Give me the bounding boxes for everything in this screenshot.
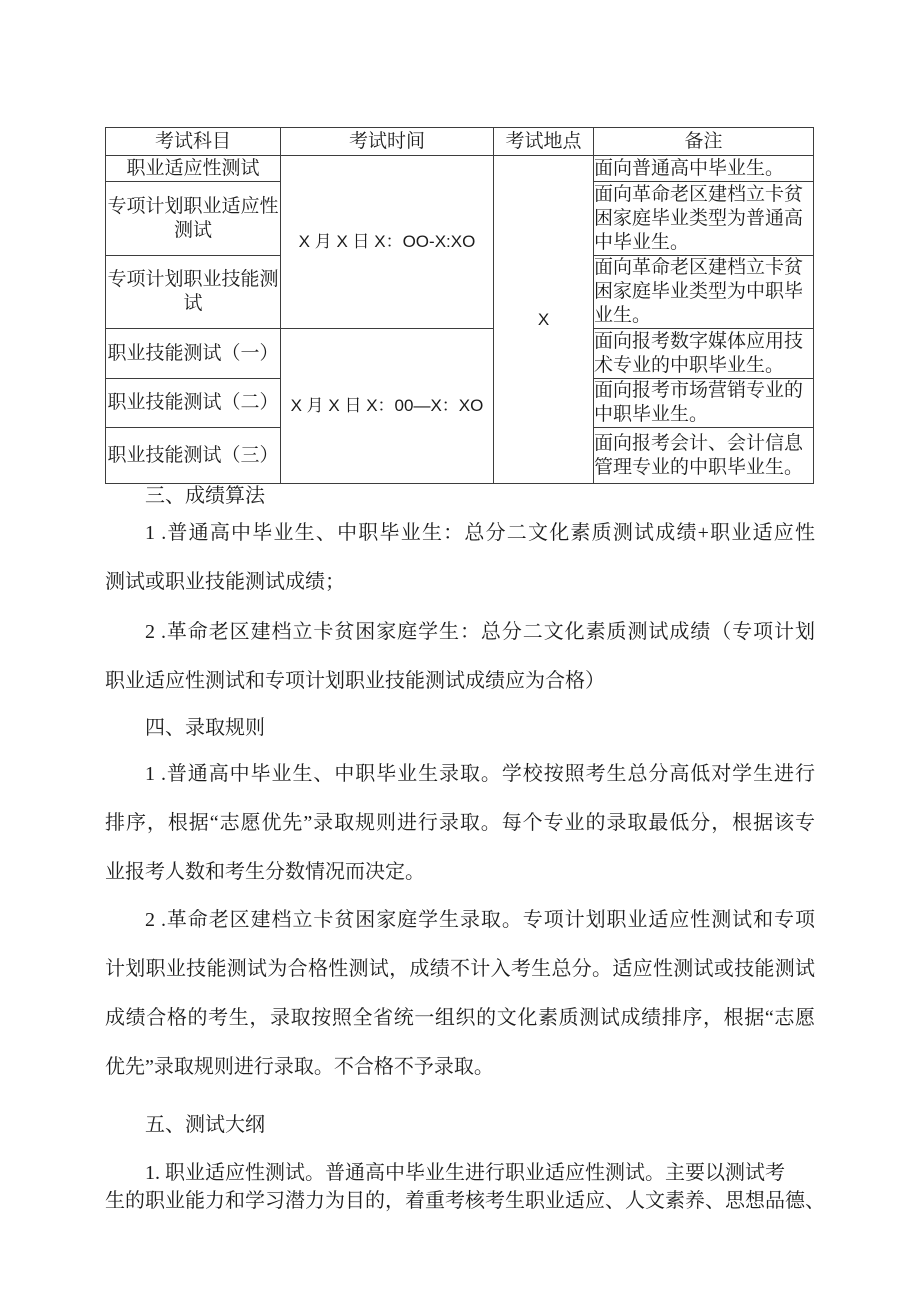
header-exam-time: 考试时间 xyxy=(281,128,494,156)
remark-cell: 面向普通高中毕业生。 xyxy=(594,156,814,182)
paragraph: 1 .普通高中毕业生、中职毕业生：总分二文化素质测试成绩+职业适应性 测试或职业… xyxy=(105,509,815,607)
time-cell-group2: X 月 X 日 X：00—X：XO xyxy=(281,329,494,484)
section-heading-test-outline: 五、测试大纲 xyxy=(105,1101,815,1150)
text-line: 成绩合格的考生，录取按照全省统一组织的文化素质测试成绩排序，根据“志愿 xyxy=(105,994,815,1043)
subject-cell: 专项计划职业适应性测试 xyxy=(106,182,281,256)
subject-cell: 专项计划职业技能测试 xyxy=(106,256,281,329)
subject-cell: 职业技能测试（二） xyxy=(106,379,281,428)
paragraph: 1. 职业适应性测试。普通高中毕业生进行职业适应性测试。主要以测试考 生的职业能… xyxy=(105,1159,855,1215)
text-line: 1. 职业适应性测试。普通高中毕业生进行职业适应性测试。主要以测试考 xyxy=(105,1159,855,1187)
text-line: 生的职业能力和学习潜力为目的，着重考核考生职业适应、人文素养、思想品德、 xyxy=(105,1187,855,1215)
text-line: 测试或职业技能测试成绩； xyxy=(105,558,815,607)
remark-cell: 面向革命老区建档立卡贫困家庭毕业类型为中职毕业生。 xyxy=(594,256,814,329)
location-cell: X xyxy=(494,156,594,484)
text-line: 职业适应性测试和专项计划职业技能测试成绩应为合格） xyxy=(105,657,815,706)
text-line: 1 .普通高中毕业生、中职毕业生：总分二文化素质测试成绩+职业适应性 xyxy=(105,509,815,558)
table-row: 职业适应性测试 X 月 X 日 X：OO-X:XO X 面向普通高中毕业生。 xyxy=(106,156,814,182)
paragraph: 1 .普通高中毕业生、中职毕业生录取。学校按照考生总分高低对学生进行 排序，根据… xyxy=(105,750,815,897)
document-page: 考试科目 考试时间 考试地点 备注 职业适应性测试 X 月 X 日 X：OO-X… xyxy=(0,0,920,1301)
text-line: 2 .革命老区建档立卡贫困家庭学生：总分二文化素质测试成绩（专项计划 xyxy=(105,608,815,657)
remark-cell: 面向革命老区建档立卡贫困家庭毕业类型为普通高中毕业生。 xyxy=(594,182,814,256)
table-row: 职业技能测试（一） X 月 X 日 X：00—X：XO 面向报考数字媒体应用技术… xyxy=(106,329,814,379)
paragraph: 2 .革命老区建档立卡贫困家庭学生：总分二文化素质测试成绩（专项计划 职业适应性… xyxy=(105,608,815,706)
text-line: 计划职业技能测试为合格性测试，成绩不计入考生总分。适应性测试或技能测试 xyxy=(105,945,815,994)
subject-cell: 职业适应性测试 xyxy=(106,156,281,182)
header-exam-location: 考试地点 xyxy=(494,128,594,156)
time-cell-group1: X 月 X 日 X：OO-X:XO xyxy=(281,156,494,329)
text-line: 优先”录取规则进行录取。不合格不予录取。 xyxy=(105,1043,815,1092)
text-line: 排序，根据“志愿优先”录取规则进行录取。每个专业的录取最低分，根据该专 xyxy=(105,799,815,848)
text-line: 2 .革命老区建档立卡贫困家庭学生录取。专项计划职业适应性测试和专项 xyxy=(105,896,815,945)
subject-cell: 职业技能测试（一） xyxy=(106,329,281,379)
header-exam-subject: 考试科目 xyxy=(106,128,281,156)
text-line: 业报考人数和考生分数情况而决定。 xyxy=(105,848,815,897)
exam-schedule-table: 考试科目 考试时间 考试地点 备注 职业适应性测试 X 月 X 日 X：OO-X… xyxy=(105,127,814,484)
text-line: 1 .普通高中毕业生、中职毕业生录取。学校按照考生总分高低对学生进行 xyxy=(105,750,815,799)
remark-cell: 面向报考数字媒体应用技术专业的中职毕业生。 xyxy=(594,329,814,379)
remark-cell: 面向报考市场营销专业的中职毕业生。 xyxy=(594,379,814,428)
paragraph: 2 .革命老区建档立卡贫困家庭学生录取。专项计划职业适应性测试和专项 计划职业技… xyxy=(105,896,815,1092)
section-heading-admission-rules: 四、录取规则 xyxy=(105,704,815,753)
table-header-row: 考试科目 考试时间 考试地点 备注 xyxy=(106,128,814,156)
header-remark: 备注 xyxy=(594,128,814,156)
